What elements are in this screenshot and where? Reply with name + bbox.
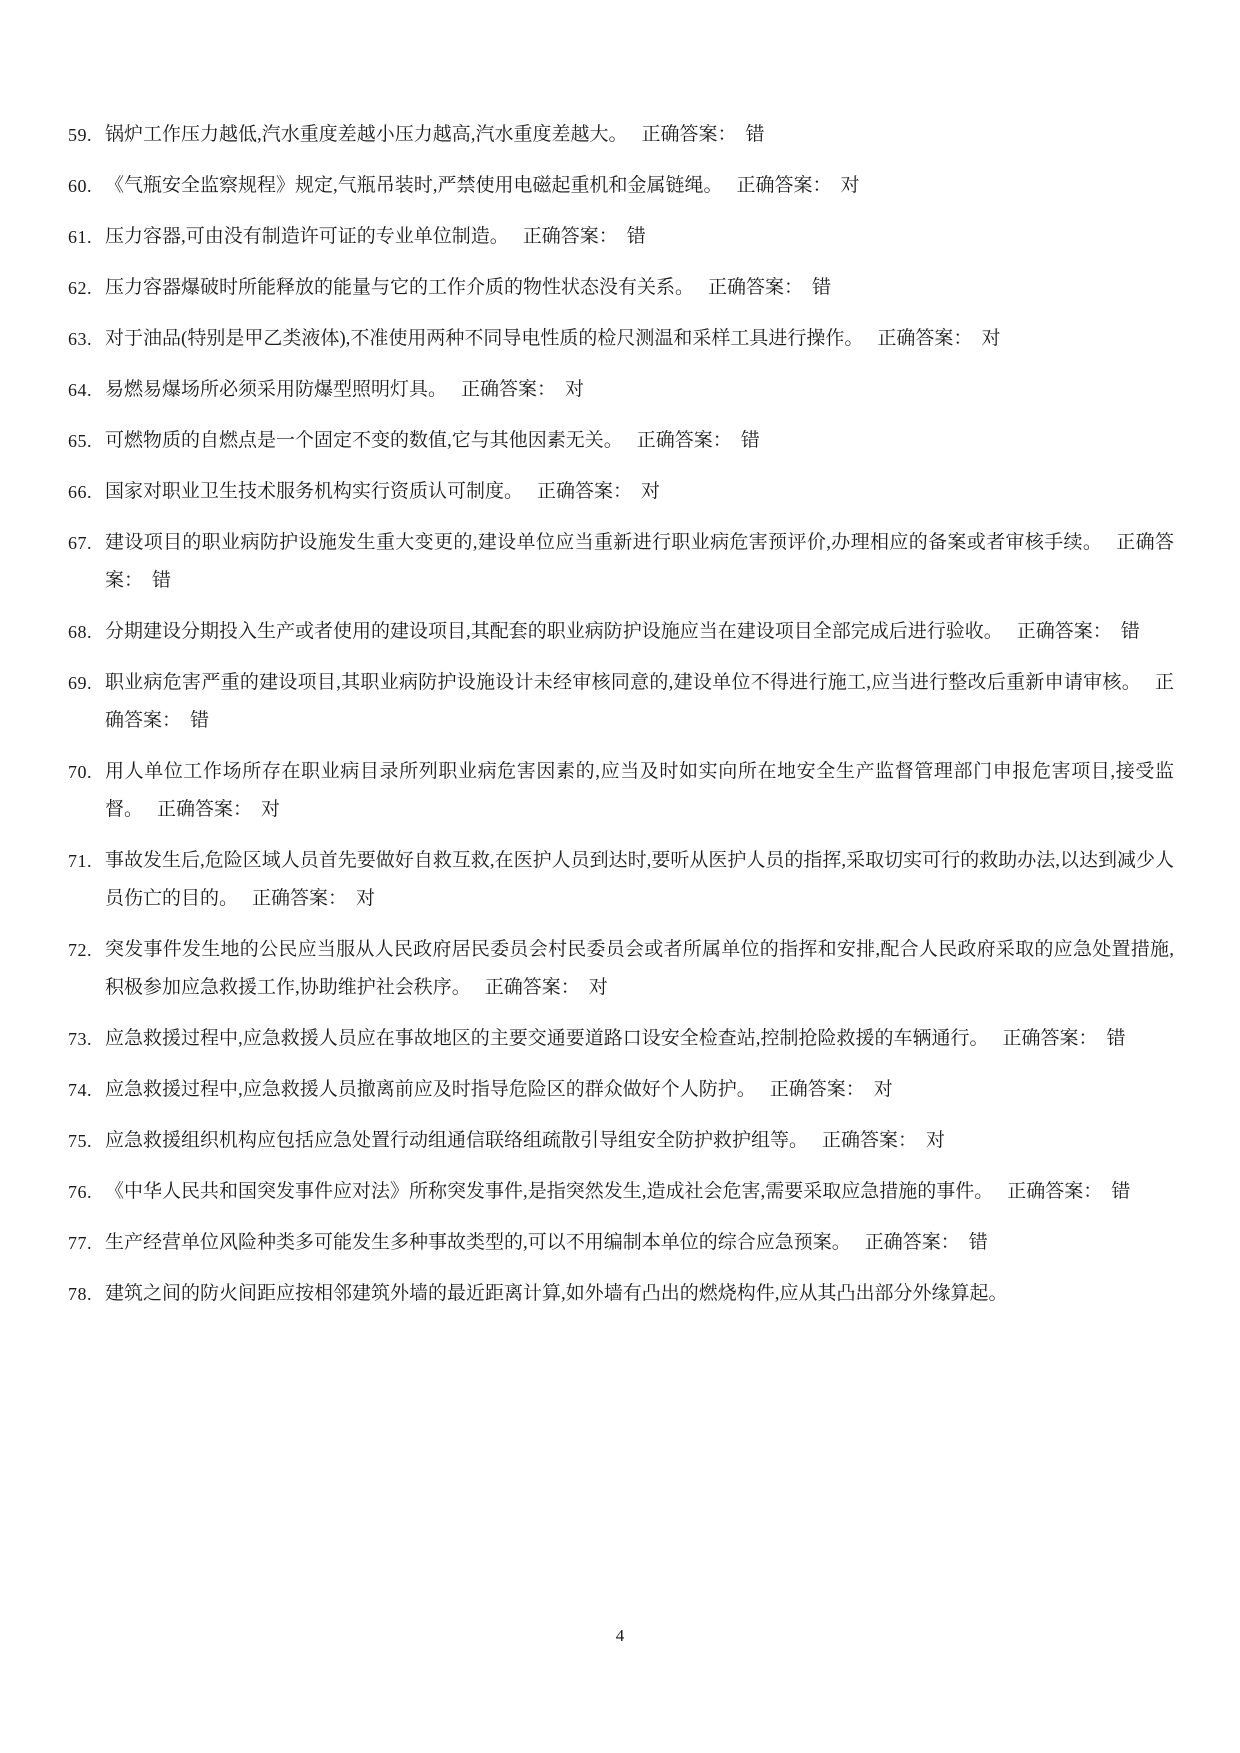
question-text: 突发事件发生地的公民应当服从人民政府居民委员会村民委员会或者所属单位的指挥和安排… [105,931,1174,1007]
question-number: 71. [68,842,105,880]
answer-value: 错 [969,1232,988,1253]
question-number: 75. [68,1122,105,1160]
question-list: 59. 锅炉工作压力越低,汽水重度差越小压力越高,汽水重度差越大。正确答案：错 … [68,116,1174,1313]
question-number: 77. [68,1224,105,1262]
answer-value: 对 [261,799,280,820]
question-stem: 《中华人民共和国突发事件应对法》所称突发事件,是指突然发生,造成社会危害,需要采… [105,1181,993,1202]
question-stem: 锅炉工作压力越低,汽水重度差越小压力越高,汽水重度差越大。 [105,124,628,145]
answer-label: 正确答案： [865,1232,960,1253]
question-item: 71. 事故发生后,危险区域人员首先要做好自救互救,在医护人员到达时,要听从医护… [68,842,1174,918]
question-text: 分期建设分期投入生产或者使用的建设项目,其配套的职业病防护设施应当在建设项目全部… [105,613,1174,651]
answer-label: 正确答案： [537,481,632,502]
question-text: 对于油品(特别是甲乙类液体),不准使用两种不同导电性质的检尺测温和采样工具进行操… [105,320,1174,358]
answer-label: 正确答案： [1007,1181,1102,1202]
answer-label: 正确答案： [1017,621,1112,642]
page-number: 4 [616,1626,625,1645]
answer-value: 对 [926,1130,945,1151]
answer-value: 对 [981,328,1000,349]
page-footer: 4 [0,1626,1240,1646]
answer-value: 对 [841,175,860,196]
question-item: 70. 用人单位工作场所存在职业病目录所列职业病危害因素的,应当及时如实向所在地… [68,753,1174,829]
question-text: 国家对职业卫生技术服务机构实行资质认可制度。正确答案：对 [105,473,1174,511]
question-text: 易燃易爆场所必须采用防爆型照明灯具。正确答案：对 [105,371,1174,409]
answer-label: 正确答案： [737,175,832,196]
question-text: 可燃物质的自燃点是一个固定不变的数值,它与其他因素无关。正确答案：错 [105,422,1174,460]
answer-value: 错 [741,430,760,451]
answer-label: 正确答案： [822,1130,917,1151]
answer-label: 正确答案： [523,226,618,247]
question-number: 59. [68,116,105,154]
document-page: 59. 锅炉工作压力越低,汽水重度差越小压力越高,汽水重度差越大。正确答案：错 … [0,0,1240,1313]
question-stem: 对于油品(特别是甲乙类液体),不准使用两种不同导电性质的检尺测温和采样工具进行操… [105,328,863,349]
answer-value: 对 [589,977,608,998]
answer-label: 正确答案： [770,1079,865,1100]
answer-label: 正确答案： [708,277,803,298]
question-text: 建设项目的职业病防护设施发生重大变更的,建设单位应当重新进行职业病危害预评价,办… [105,524,1174,600]
question-number: 78. [68,1275,105,1313]
answer-value: 错 [627,226,646,247]
question-text: 压力容器,可由没有制造许可证的专业单位制造。正确答案：错 [105,218,1174,256]
question-number: 70. [68,753,105,791]
question-stem: 《气瓶安全监察规程》规定,气瓶吊装时,严禁使用电磁起重机和金属链绳。 [105,175,723,196]
question-item: 63. 对于油品(特别是甲乙类液体),不准使用两种不同导电性质的检尺测温和采样工… [68,320,1174,358]
question-stem: 应急救援过程中,应急救援人员应在事故地区的主要交通要道路口设安全检查站,控制抢险… [105,1028,989,1049]
question-text: 《气瓶安全监察规程》规定,气瓶吊装时,严禁使用电磁起重机和金属链绳。正确答案：对 [105,167,1174,205]
answer-value: 错 [746,124,765,145]
question-stem: 应急救援组织机构应包括应急处置行动组通信联络组疏散引导组安全防护救护组等。 [105,1130,808,1151]
question-text: 职业病危害严重的建设项目,其职业病防护设施设计未经审核同意的,建设单位不得进行施… [105,664,1174,740]
question-text: 生产经营单位风险种类多可能发生多种事故类型的,可以不用编制本单位的综合应急预案。… [105,1224,1174,1262]
question-stem: 可燃物质的自燃点是一个固定不变的数值,它与其他因素无关。 [105,430,623,451]
question-item: 65. 可燃物质的自燃点是一个固定不变的数值,它与其他因素无关。正确答案：错 [68,422,1174,460]
question-text: 《中华人民共和国突发事件应对法》所称突发事件,是指突然发生,造成社会危害,需要采… [105,1173,1174,1211]
question-text: 用人单位工作场所存在职业病目录所列职业病危害因素的,应当及时如实向所在地安全生产… [105,753,1174,829]
question-stem: 国家对职业卫生技术服务机构实行资质认可制度。 [105,481,523,502]
question-item: 69. 职业病危害严重的建设项目,其职业病防护设施设计未经审核同意的,建设单位不… [68,664,1174,740]
question-item: 73. 应急救援过程中,应急救援人员应在事故地区的主要交通要道路口设安全检查站,… [68,1020,1174,1058]
question-number: 62. [68,269,105,307]
question-stem: 压力容器爆破时所能释放的能量与它的工作介质的物性状态没有关系。 [105,277,694,298]
question-number: 66. [68,473,105,511]
question-text: 应急救援过程中,应急救援人员应在事故地区的主要交通要道路口设安全检查站,控制抢险… [105,1020,1174,1058]
question-item: 75. 应急救援组织机构应包括应急处置行动组通信联络组疏散引导组安全防护救护组等… [68,1122,1174,1160]
question-number: 72. [68,931,105,969]
question-item: 78. 建筑之间的防火间距应按相邻建筑外墙的最近距离计算,如外墙有凸出的燃烧构件… [68,1275,1174,1313]
question-number: 60. [68,167,105,205]
answer-label: 正确答案： [157,799,252,820]
question-item: 76. 《中华人民共和国突发事件应对法》所称突发事件,是指突然发生,造成社会危害… [68,1173,1174,1211]
question-text: 应急救援过程中,应急救援人员撤离前应及时指导危险区的群众做好个人防护。正确答案：… [105,1071,1174,1109]
question-stem: 易燃易爆场所必须采用防爆型照明灯具。 [105,379,447,400]
question-item: 68. 分期建设分期投入生产或者使用的建设项目,其配套的职业病防护设施应当在建设… [68,613,1174,651]
question-text: 应急救援组织机构应包括应急处置行动组通信联络组疏散引导组安全防护救护组等。正确答… [105,1122,1174,1160]
question-text: 锅炉工作压力越低,汽水重度差越小压力越高,汽水重度差越大。正确答案：错 [105,116,1174,154]
question-item: 67. 建设项目的职业病防护设施发生重大变更的,建设单位应当重新进行职业病危害预… [68,524,1174,600]
question-stem: 建设项目的职业病防护设施发生重大变更的,建设单位应当重新进行职业病危害预评价,办… [105,532,1102,553]
question-stem: 生产经营单位风险种类多可能发生多种事故类型的,可以不用编制本单位的综合应急预案。 [105,1232,851,1253]
answer-value: 错 [812,277,831,298]
answer-label: 正确答案： [637,430,732,451]
question-item: 60. 《气瓶安全监察规程》规定,气瓶吊装时,严禁使用电磁起重机和金属链绳。正确… [68,167,1174,205]
answer-value: 对 [874,1079,893,1100]
question-item: 72. 突发事件发生地的公民应当服从人民政府居民委员会村民委员会或者所属单位的指… [68,931,1174,1007]
answer-label: 正确答案： [461,379,556,400]
question-number: 61. [68,218,105,256]
question-item: 74. 应急救援过程中,应急救援人员撤离前应及时指导危险区的群众做好个人防护。正… [68,1071,1174,1109]
question-number: 64. [68,371,105,409]
answer-value: 错 [190,710,209,731]
question-number: 65. [68,422,105,460]
question-stem: 应急救援过程中,应急救援人员撤离前应及时指导危险区的群众做好个人防护。 [105,1079,756,1100]
question-number: 76. [68,1173,105,1211]
answer-label: 正确答案： [642,124,737,145]
question-stem: 压力容器,可由没有制造许可证的专业单位制造。 [105,226,509,247]
answer-value: 对 [565,379,584,400]
question-item: 62. 压力容器爆破时所能释放的能量与它的工作介质的物性状态没有关系。正确答案：… [68,269,1174,307]
answer-value: 错 [1121,621,1140,642]
question-item: 59. 锅炉工作压力越低,汽水重度差越小压力越高,汽水重度差越大。正确答案：错 [68,116,1174,154]
question-item: 77. 生产经营单位风险种类多可能发生多种事故类型的,可以不用编制本单位的综合应… [68,1224,1174,1262]
question-number: 67. [68,524,105,562]
question-stem: 分期建设分期投入生产或者使用的建设项目,其配套的职业病防护设施应当在建设项目全部… [105,621,1003,642]
question-number: 63. [68,320,105,358]
question-text: 压力容器爆破时所能释放的能量与它的工作介质的物性状态没有关系。正确答案：错 [105,269,1174,307]
answer-value: 对 [356,888,375,909]
answer-value: 错 [1111,1181,1130,1202]
answer-label: 正确答案： [252,888,347,909]
answer-value: 错 [152,570,171,591]
answer-label: 正确答案： [877,328,972,349]
answer-label: 正确答案： [1003,1028,1098,1049]
question-item: 61. 压力容器,可由没有制造许可证的专业单位制造。正确答案：错 [68,218,1174,256]
answer-value: 错 [1107,1028,1126,1049]
question-number: 73. [68,1020,105,1058]
question-stem: 建筑之间的防火间距应按相邻建筑外墙的最近距离计算,如外墙有凸出的燃烧构件,应从其… [105,1283,1008,1304]
question-number: 68. [68,613,105,651]
question-item: 66. 国家对职业卫生技术服务机构实行资质认可制度。正确答案：对 [68,473,1174,511]
question-item: 64. 易燃易爆场所必须采用防爆型照明灯具。正确答案：对 [68,371,1174,409]
question-number: 69. [68,664,105,702]
question-stem: 突发事件发生地的公民应当服从人民政府居民委员会村民委员会或者所属单位的指挥和安排… [105,939,1174,998]
answer-value: 对 [641,481,660,502]
question-text: 建筑之间的防火间距应按相邻建筑外墙的最近距离计算,如外墙有凸出的燃烧构件,应从其… [105,1275,1174,1313]
answer-label: 正确答案： [485,977,580,998]
question-stem: 职业病危害严重的建设项目,其职业病防护设施设计未经审核同意的,建设单位不得进行施… [105,672,1141,693]
question-text: 事故发生后,危险区域人员首先要做好自救互救,在医护人员到达时,要听从医护人员的指… [105,842,1174,918]
question-number: 74. [68,1071,105,1109]
